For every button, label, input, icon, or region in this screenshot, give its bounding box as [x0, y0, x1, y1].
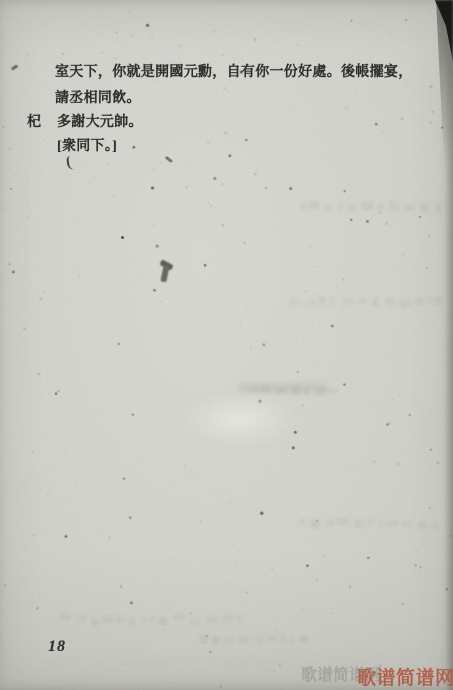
dialogue-text: 多謝大元帥。 — [57, 111, 143, 131]
stage-direction: [衆同下。] — [57, 135, 117, 155]
watermark-primary: 歌谱简谱网 — [357, 663, 453, 690]
ink-speck — [121, 236, 124, 239]
dark-ink-smudge — [158, 260, 174, 284]
faint-smudge-band — [238, 383, 328, 393]
pale-paper-stain — [182, 392, 297, 447]
dialogue-speaker-label: 杞 — [27, 111, 41, 131]
margin-ink-dash — [11, 64, 19, 70]
stray-ink-dash — [165, 156, 173, 163]
script-continuation-line-1: 室天下，你就是開國元勳，自有你一份好處。後帳擺宴， — [55, 61, 413, 81]
scanned-book-page: 室天下，你就是開國元勳，自有你一份好處。後帳擺宴， 請丞相同飲。 杞 多謝大元帥… — [0, 0, 453, 690]
stray-ink-mark — [66, 156, 74, 171]
script-continuation-line-2: 請丞相同飲。 — [55, 87, 141, 107]
page-number: 18 — [48, 638, 66, 656]
right-edge-shadow — [445, 0, 453, 690]
